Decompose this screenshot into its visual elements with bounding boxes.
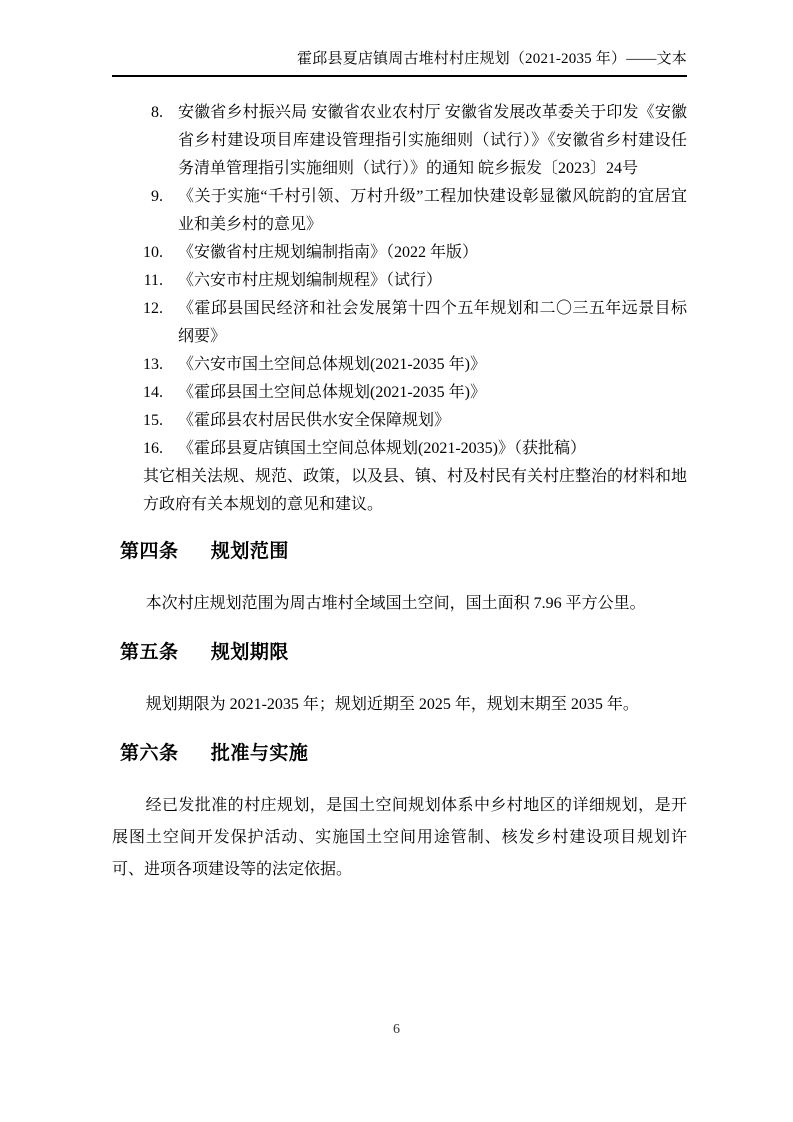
reference-item: 10. 《安徽省村庄规划编制指南》（2022 年版） (112, 239, 687, 267)
reference-item: 8. 安徽省乡村振兴局 安徽省农业农村厅 安徽省发展改革委关于印发《安徽省乡村建… (112, 99, 687, 183)
reference-list: 8. 安徽省乡村振兴局 安徽省农业农村厅 安徽省发展改革委关于印发《安徽省乡村建… (112, 99, 687, 519)
reference-number: 9. (112, 183, 178, 239)
reference-text: 安徽省乡村振兴局 安徽省农业农村厅 安徽省发展改革委关于印发《安徽省乡村建设项目… (178, 99, 687, 183)
reference-text: 《六安市国土空间总体规划(2021-2035 年)》 (178, 351, 687, 379)
section-title: 规划范围 (211, 541, 289, 562)
page-number: 6 (0, 1022, 793, 1038)
header-title: 霍邱县夏店镇周古堆村村庄规划（2021-2035 年）——文本 (112, 50, 687, 69)
reference-text: 《霍邱县夏店镇国土空间总体规划(2021-2035)》（获批稿） (178, 435, 687, 463)
section-title: 规划期限 (211, 642, 289, 663)
section-title: 批准与实施 (211, 743, 309, 764)
section-number: 第五条 (120, 642, 179, 663)
section-paragraph-6: 经已发批准的村庄规划，是国土空间规划体系中乡村地区的详细规划，是开展图土空间开发… (112, 790, 687, 886)
reference-text: 《霍邱县国土空间总体规划(2021-2035 年)》 (178, 379, 687, 407)
section-number: 第四条 (120, 541, 179, 562)
reference-item: 15. 《霍邱县农村居民供水安全保障规划》 (112, 407, 687, 435)
reference-number: 15. (112, 407, 178, 435)
document-page: { "header": { "title": "霍邱县夏店镇周古堆村村庄规划（2… (0, 0, 793, 1122)
reference-closing-paragraph: 其它相关法规、规范、政策，以及县、镇、村及村民有关村庄整治的材料和地方政府有关本… (143, 463, 687, 519)
reference-number: 8. (112, 99, 178, 183)
reference-number: 16. (112, 435, 178, 463)
section-number: 第六条 (120, 743, 179, 764)
reference-text: 《安徽省村庄规划编制指南》（2022 年版） (178, 239, 687, 267)
reference-number: 10. (112, 239, 178, 267)
reference-number: 12. (112, 295, 178, 351)
reference-item: 11. 《六安市村庄规划编制规程》（试行） (112, 267, 687, 295)
page-header: 霍邱县夏店镇周古堆村村庄规划（2021-2035 年）——文本 (112, 50, 687, 77)
section-paragraph-4: 本次村庄规划范围为周古堆村全域国土空间，国土面积 7.96 平方公里。 (112, 588, 687, 620)
reference-number: 14. (112, 379, 178, 407)
reference-text: 《霍邱县农村居民供水安全保障规划》 (178, 407, 687, 435)
reference-item: 12. 《霍邱县国民经济和社会发展第十四个五年规划和二〇三五年远景目标纲要》 (112, 295, 687, 351)
reference-item: 14. 《霍邱县国土空间总体规划(2021-2035 年)》 (112, 379, 687, 407)
section-heading-5: 第五条规划期限 (120, 639, 687, 667)
reference-text: 《霍邱县国民经济和社会发展第十四个五年规划和二〇三五年远景目标纲要》 (178, 295, 687, 351)
reference-item: 16. 《霍邱县夏店镇国土空间总体规划(2021-2035)》（获批稿） (112, 435, 687, 463)
reference-item: 9. 《关于实施“千村引领、万村升级”工程加快建设彰显徽风皖韵的宜居宜业和美乡村… (112, 183, 687, 239)
section-heading-6: 第六条批准与实施 (120, 740, 687, 768)
page-content: 霍邱县夏店镇周古堆村村庄规划（2021-2035 年）——文本 8. 安徽省乡村… (112, 0, 687, 886)
reference-number: 11. (112, 267, 178, 295)
reference-item: 13. 《六安市国土空间总体规划(2021-2035 年)》 (112, 351, 687, 379)
reference-text: 《关于实施“千村引领、万村升级”工程加快建设彰显徽风皖韵的宜居宜业和美乡村的意见… (178, 183, 687, 239)
section-heading-4: 第四条规划范围 (120, 538, 687, 566)
reference-text: 《六安市村庄规划编制规程》（试行） (178, 267, 687, 295)
section-paragraph-5: 规划期限为 2021-2035 年；规划近期至 2025 年，规划末期至 203… (112, 689, 687, 721)
reference-number: 13. (112, 351, 178, 379)
